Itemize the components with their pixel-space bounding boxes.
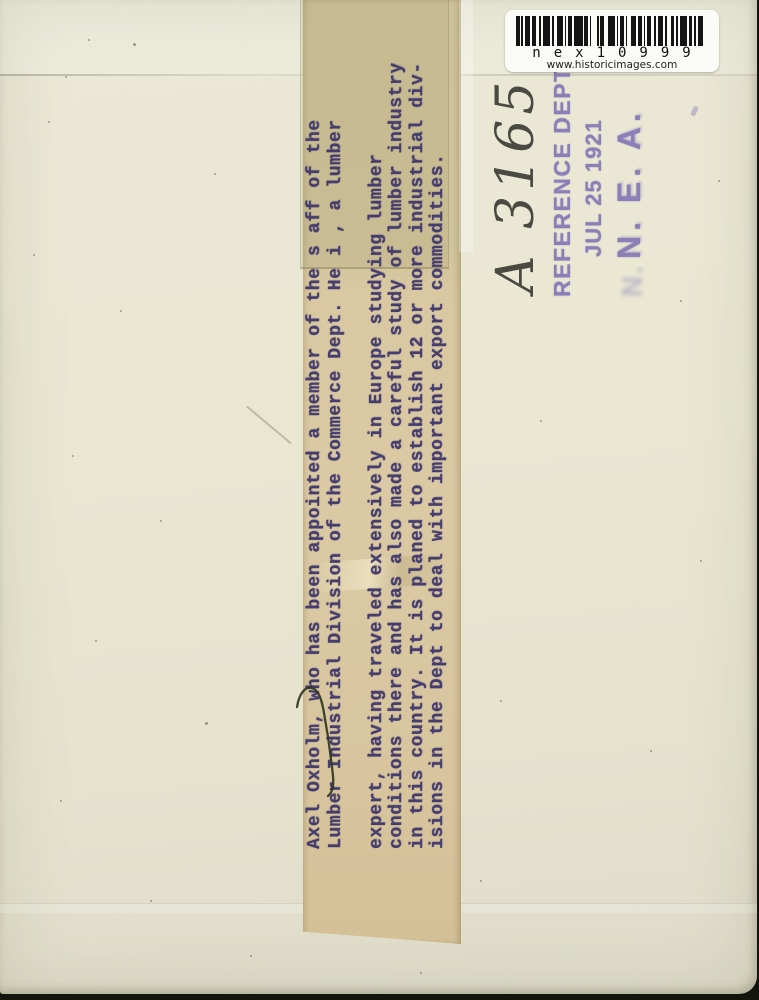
tape-overhang (459, 0, 473, 252)
paper-speck (650, 750, 652, 752)
caption-line: expert, having traveled extensively in E… (367, 27, 388, 849)
reference-stamp: REFERENCE DEPT. JUL 25 1921 N. N. E. A. (549, 71, 683, 297)
stamp-smudge: N. (617, 264, 650, 297)
stray-ink-mark (690, 105, 699, 116)
caption-line (346, 27, 367, 849)
paper-speck (120, 310, 122, 312)
barcode-icon (516, 16, 708, 46)
paper-speck (133, 43, 136, 46)
barcode-text: nex10999 (532, 46, 703, 60)
photo-back: Axel Oxholm, who has been appointed a me… (0, 0, 757, 994)
paper-scratch (246, 406, 292, 445)
paper-speck (72, 455, 74, 457)
paper-speck (500, 700, 502, 702)
caption-line: in this country. It is planed to establi… (408, 27, 429, 849)
caption-text: Axel Oxholm, who has been appointed a me… (305, 27, 451, 849)
caption-line: conditions there and has also made a car… (387, 27, 408, 849)
paper-speck (33, 254, 35, 256)
paper-speck (65, 76, 67, 78)
paper-speck (214, 173, 216, 175)
caption-line: Lumber Industrial Division of the Commer… (326, 27, 347, 849)
paper-speck (95, 640, 97, 642)
paper-speck (250, 955, 252, 957)
stamp-date-line: JUL 25 1921 (581, 71, 607, 257)
barcode-label: nex10999 www.historicimages.com (505, 10, 719, 72)
stamp-agency-row: N. N. E. A. (611, 71, 651, 297)
paper-speck (88, 39, 90, 41)
stamp-department-line: REFERENCE DEPT. (549, 71, 576, 297)
paper-speck (60, 800, 62, 802)
paper-speck (680, 300, 682, 302)
paper-speck (420, 972, 422, 974)
paper-speck (540, 420, 542, 422)
barcode-website: www.historicimages.com (547, 59, 678, 71)
stamp-agency-line: N. E. A. (611, 108, 647, 259)
paper-speck (160, 520, 162, 522)
paper-speck (700, 560, 702, 562)
paper-speck (48, 121, 50, 123)
paper-speck (718, 180, 720, 182)
paper-speck (480, 880, 482, 882)
paper-speck (150, 900, 152, 902)
caption-line: isions in the Dept to deal with importan… (428, 27, 449, 849)
caption-line: Axel Oxholm, who has been appointed a me… (305, 27, 326, 849)
paper-speck (205, 722, 208, 725)
